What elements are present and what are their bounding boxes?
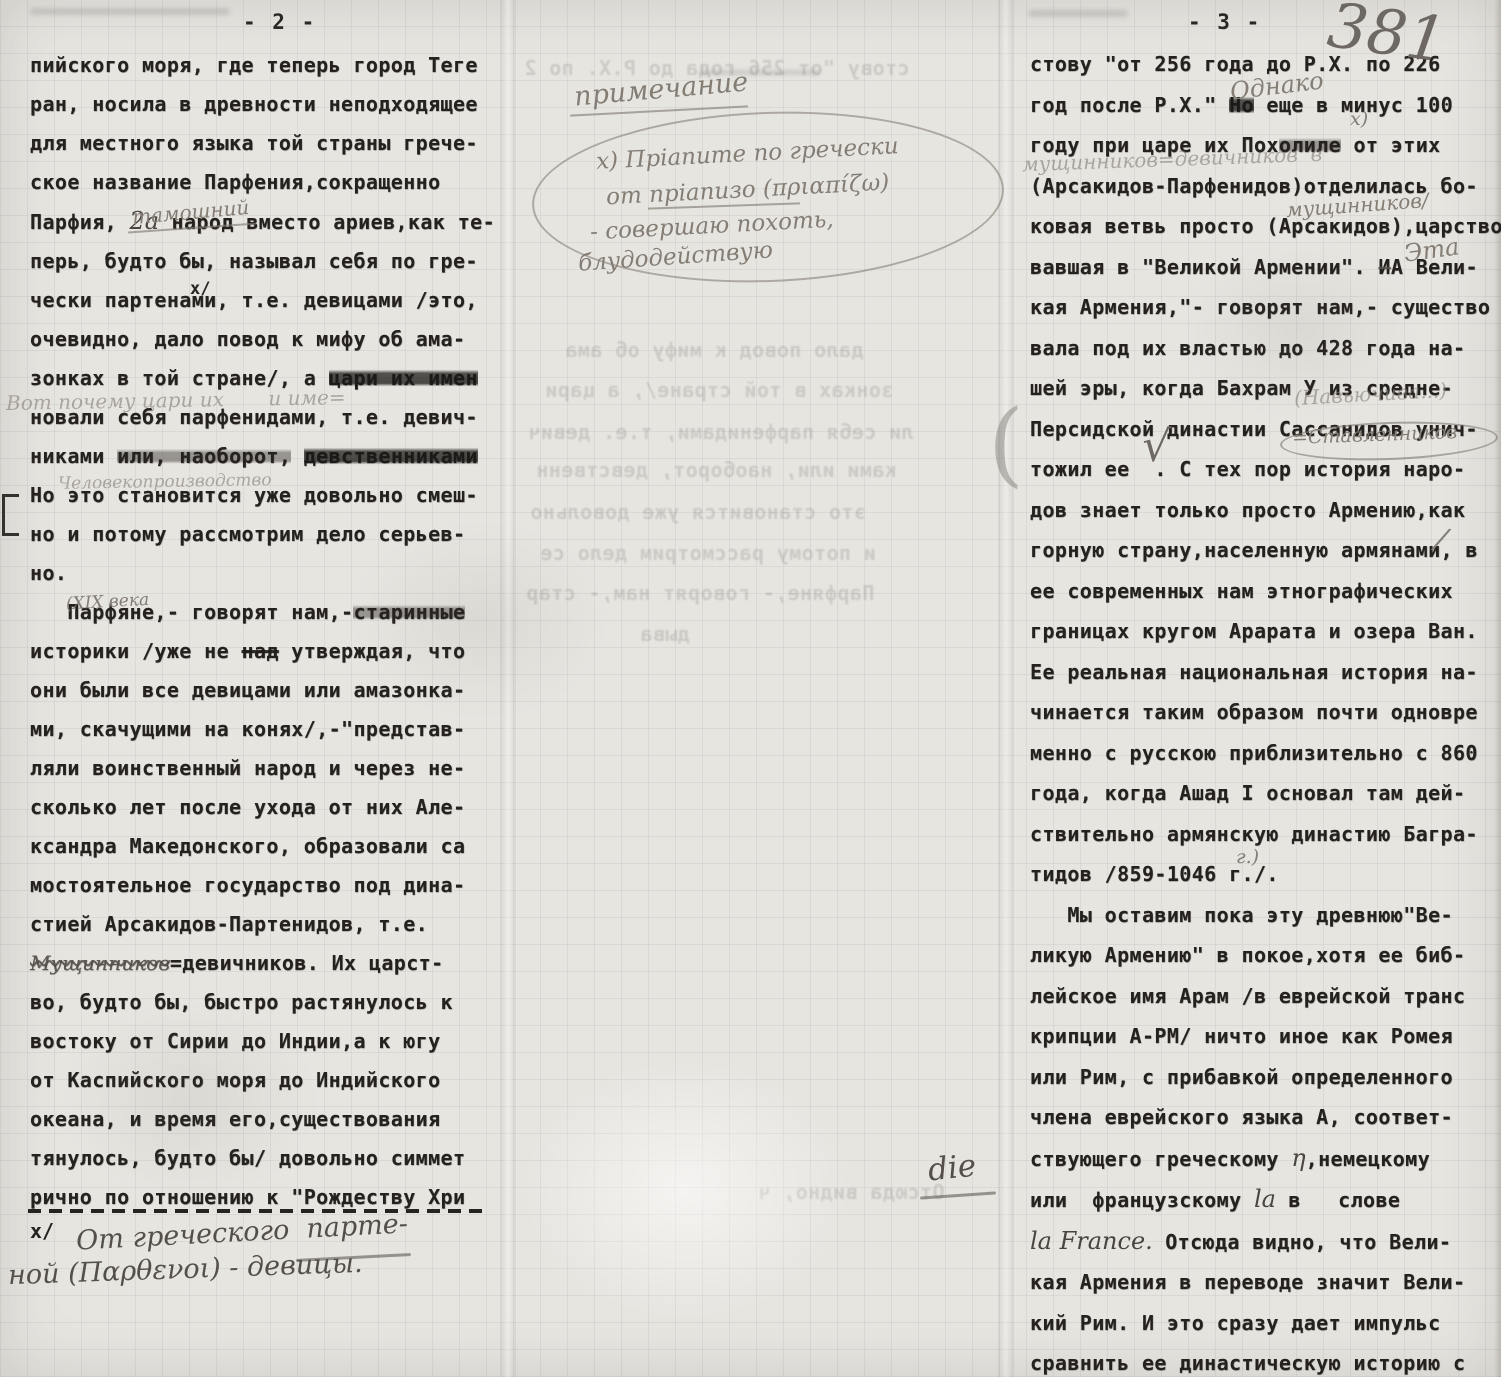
typed-segment: от этих xyxy=(1341,133,1441,157)
typed-line: мостоятельное государство под дина- xyxy=(30,866,495,905)
page-number-left: - 2 - xyxy=(243,10,316,34)
page-fold-right xyxy=(998,0,1014,1377)
typed-line: менно с русскою приблизительно с 860 xyxy=(1030,733,1501,774)
margin-paren: ( xyxy=(988,396,1024,493)
margin-bracket xyxy=(2,494,19,536)
hw-x-mark: х) xyxy=(1350,110,1368,130)
hw-g-mark: г.) xyxy=(1236,848,1259,868)
typed-segment-scrib: Мущинников xyxy=(30,951,170,975)
typed-line: кая Армения в переводе значит Вели- xyxy=(1030,1262,1501,1303)
hw-tick: √ xyxy=(1140,423,1171,471)
typed-segment: Парфия, xyxy=(30,210,130,234)
typed-segment: Мы оставим пока эту древнюю"Ве- xyxy=(1030,903,1453,927)
typed-line: ликую Армению" в покое,хотя ее биб- xyxy=(1030,935,1501,976)
typed-segment: дов знает только просто Армению,как xyxy=(1030,498,1465,522)
typed-segment: чески партенами, т.е. девицами /это, xyxy=(30,288,478,312)
stain xyxy=(350,520,610,720)
ghost-bleedthrough-line: дыва xyxy=(640,622,690,646)
typed-line: или французскому la в слове xyxy=(1030,1179,1501,1221)
typed-segment: лейское имя Арам /в еврейской транс xyxy=(1030,984,1465,1008)
light-spot xyxy=(520,1060,850,1320)
typed-segment: для местного языка той страны грече- xyxy=(30,131,478,155)
ghost-bleedthrough-line: дало повод к мифу об ама xyxy=(565,338,864,362)
typed-segment: члена еврейского языка А, соответ- xyxy=(1030,1105,1453,1129)
hw-faint-note: Человекопроизводство xyxy=(58,472,272,494)
typed-segment: горную страну,населенную армянами, в xyxy=(1030,538,1478,562)
typed-line: очевидно, дало повод к мифу об ама- xyxy=(30,320,495,359)
hw-margin-note: Вот почему цари их и име= xyxy=(6,387,346,414)
typed-line: ксандра Македонского, образовали са xyxy=(30,827,495,866)
typed-segment: ми, скачущими на конях/,-"представ- xyxy=(30,717,465,741)
typed-segment-smudge: или, наоборот, xyxy=(117,444,291,468)
typed-segment-hwseg: la France. xyxy=(1030,1227,1153,1255)
typed-segment-hwseg: η xyxy=(1291,1144,1305,1172)
typed-segment: год после Р.Х." xyxy=(1030,93,1229,117)
typed-line: Мы оставим пока эту древнюю"Ве- xyxy=(1030,895,1501,936)
typed-line: ляли воинственный народ и через не- xyxy=(30,749,495,788)
typed-segment-hwseg: la xyxy=(1254,1185,1276,1213)
typed-segment: ковая ветвь просто (Арсакидов),царство xyxy=(1030,214,1501,238)
typed-segment: или французскому xyxy=(1030,1188,1254,1212)
typed-line: года, когда Ашад I основал там дей- xyxy=(1030,773,1501,814)
typed-line: чинается таким образом почти одновре xyxy=(1030,692,1501,733)
typed-line: ствующего греческому η,немецкому xyxy=(1030,1138,1501,1180)
stain xyxy=(60,1000,320,1200)
typed-segment: границах кругом Арарата и озера Ван. xyxy=(1030,619,1478,643)
typed-segment: ее современных нам этнографических xyxy=(1030,579,1453,603)
typed-segment: но. xyxy=(30,561,67,585)
typed-segment: в слове xyxy=(1276,1188,1400,1212)
typed-line: перь, будто бы, называл себя по гре- xyxy=(30,242,495,281)
typed-line: крипции А-РМ/ ничто иное как Ромея xyxy=(1030,1016,1501,1057)
smear xyxy=(700,70,820,75)
smear xyxy=(30,8,230,15)
typed-line: сравнить ее династическую историю с xyxy=(1030,1343,1501,1377)
typed-line: кий Рим. И это сразу дает импульс xyxy=(1030,1303,1501,1344)
typed-segment: или Рим, с прибавкой определенного xyxy=(1030,1065,1453,1089)
typed-segment: =девичников. Их царст- xyxy=(170,951,444,975)
footnote-mark-inline: х/ xyxy=(190,281,210,299)
typed-segment: никами xyxy=(30,444,117,468)
typed-line: сколько лет после ухода от них Але- xyxy=(30,788,495,827)
typed-line: Ее реальная национальная история на- xyxy=(1030,652,1501,693)
typed-segment: ствительно армянскую династию Багра- xyxy=(1030,822,1478,846)
typed-segment: года, когда Ашад I основал там дей- xyxy=(1030,781,1465,805)
sheet-number: 381 xyxy=(1324,0,1450,73)
typed-segment: сколько лет после ухода от них Але- xyxy=(30,795,465,819)
hw-die: die xyxy=(926,1150,977,1187)
typed-line: Парфия, 2а народ вместо ариев,как те- xyxy=(30,202,495,242)
hw-footnote-line2: ной (Παρθενοι) - девицы. xyxy=(8,1250,363,1291)
typed-line: члена еврейского языка А, соответ- xyxy=(1030,1097,1501,1138)
typed-segment: ское название Парфения,сокращенно xyxy=(30,170,441,194)
page-number-right: - 3 - xyxy=(1188,10,1261,34)
typed-line: горную страну,населенную армянами, в xyxy=(1030,530,1501,571)
ghost-bleedthrough-line: ками или, наоборот, девственн xyxy=(536,458,897,482)
typed-line: ран, носила в древности неподходящее xyxy=(30,85,495,124)
typed-segment: сравнить ее династическую историю с xyxy=(1030,1351,1465,1375)
typed-segment: чинается таким образом почти одновре xyxy=(1030,700,1478,724)
typed-segment: ствующего греческому xyxy=(1030,1147,1291,1171)
typed-segment-strike: над xyxy=(242,639,279,663)
typed-segment: ран, носила в древности неподходящее xyxy=(30,92,478,116)
typed-segment: ликую Армению" в покое,хотя ее биб- xyxy=(1030,943,1465,967)
stain xyxy=(1180,240,1420,420)
typed-line: ское название Парфения,сокращенно xyxy=(30,163,495,202)
typed-segment: ляли воинственный народ и через не- xyxy=(30,756,465,780)
typed-segment-blot: цари их имен xyxy=(329,366,478,390)
typed-line: дов знает только просто Армению,как xyxy=(1030,490,1501,531)
typed-line: пийского моря, где теперь город Теге xyxy=(30,46,495,85)
typed-segment: стией Арсакидов-Партенидов, т.е. xyxy=(30,912,428,936)
typed-line: для местного языка той страны грече- xyxy=(30,124,495,163)
typed-line: ствительно армянскую династию Багра- xyxy=(1030,814,1501,855)
typed-segment: крипции А-РМ/ ничто иное как Ромея xyxy=(1030,1024,1453,1048)
typed-segment: менно с русскою приблизительно с 860 xyxy=(1030,741,1478,765)
typed-line: стией Арсакидов-Партенидов, т.е. xyxy=(30,905,495,944)
footnote-mark: х/ xyxy=(30,1221,54,1242)
typed-segment: очевидно, дало повод к мифу об ама- xyxy=(30,327,465,351)
ghost-bleedthrough-line: зонках в той стране/, а цари xyxy=(545,378,893,402)
typed-segment: мостоятельное государство под дина- xyxy=(30,873,465,897)
typed-segment: историки /уже не xyxy=(30,639,242,663)
typed-segment: Отсюда видно, что Вели- xyxy=(1153,1230,1452,1254)
typed-line: границах кругом Арарата и озера Ван. xyxy=(1030,611,1501,652)
typed-line: тидов /859-1046 г./. xyxy=(1030,854,1501,895)
typed-segment: ксандра Македонского, образовали са xyxy=(30,834,465,858)
typed-segment: пийского моря, где теперь город Теге xyxy=(30,53,478,77)
footnote-rule xyxy=(28,1209,490,1213)
smear xyxy=(1028,10,1128,17)
typed-line: или Рим, с прибавкой определенного xyxy=(1030,1057,1501,1098)
typed-segment: перь, будто бы, называл себя по гре- xyxy=(30,249,478,273)
typed-line: la France. Отсюда видно, что Вели- xyxy=(1030,1221,1501,1263)
scanned-manuscript-sheet: - 2 - - 3 - пийского моря, где теперь го… xyxy=(0,0,1501,1377)
typed-line: ее современных нам этнографических xyxy=(1030,571,1501,612)
typed-segment: кая Армения в переводе значит Вели- xyxy=(1030,1270,1465,1294)
typed-line: лейское имя Арам /в еврейской транс xyxy=(1030,976,1501,1017)
ghost-bleedthrough-line: ли себя парфенидами, т.е. девич xyxy=(528,420,914,444)
typed-segment: ,немецкому xyxy=(1306,1147,1430,1171)
typed-segment: Ее реальная национальная история на- xyxy=(1030,660,1478,684)
typed-segment-blot: девственниками xyxy=(304,444,478,468)
typed-line: чески партенами, т.е. девицами /это, xyxy=(30,281,495,320)
typed-segment: тожил ее . С тех пор история наро- xyxy=(1030,457,1465,481)
typed-line: Мущинников=девичников. Их царст- xyxy=(30,944,495,983)
typed-segment: кий Рим. И это сразу дает импульс xyxy=(1030,1311,1441,1335)
typed-segment xyxy=(291,444,303,468)
